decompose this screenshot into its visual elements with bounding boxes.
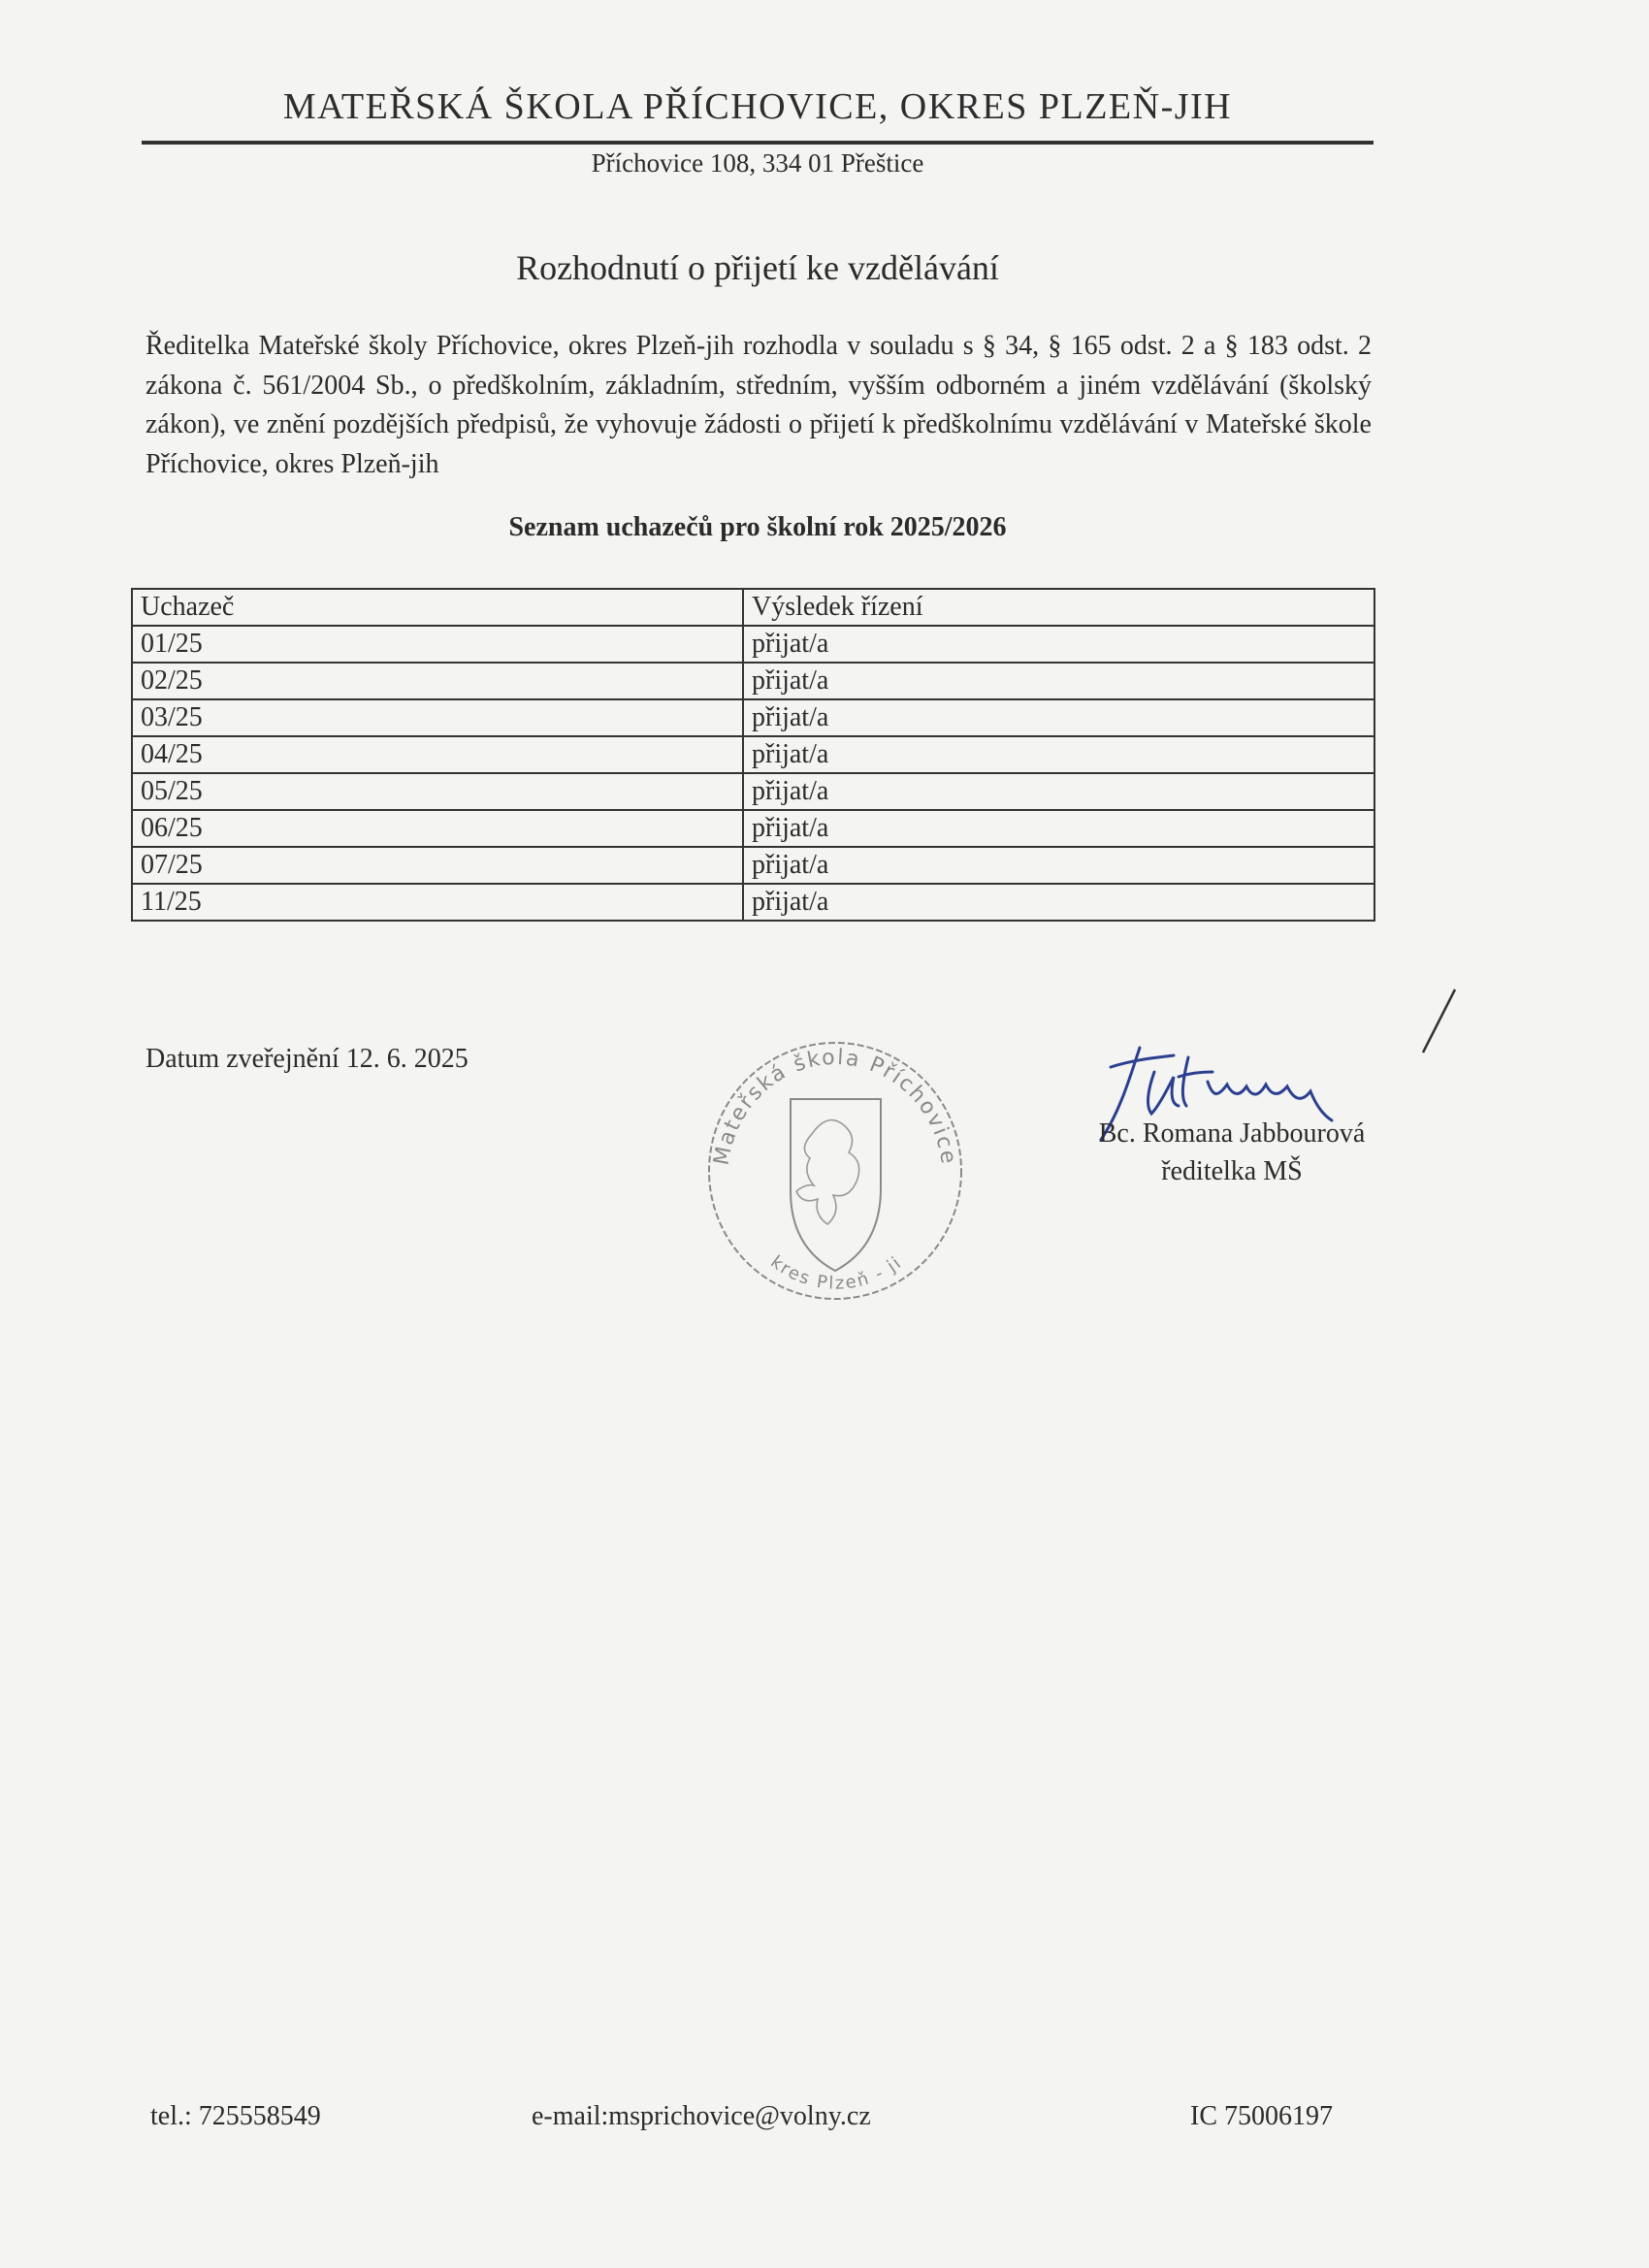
table-row: 06/25přijat/a bbox=[132, 810, 1374, 847]
result-cell: přijat/a bbox=[743, 699, 1374, 736]
result-cell: přijat/a bbox=[743, 626, 1374, 663]
applicant-id-cell: 11/25 bbox=[132, 884, 743, 921]
pen-mark-icon bbox=[1411, 985, 1470, 1072]
applicants-table-title: Seznam uchazečů pro školní rok 2025/2026 bbox=[142, 512, 1374, 543]
signer-role: ředitelka MŠ bbox=[1038, 1156, 1426, 1187]
signer-name: Bc. Romana Jabbourová bbox=[1038, 1118, 1426, 1150]
footer-email: e-mail:msprichovice@volny.cz bbox=[532, 2101, 871, 2132]
stamp-top-text: Mateřská škola Příchovice bbox=[710, 1046, 961, 1167]
table-row: 05/25přijat/a bbox=[132, 773, 1374, 810]
letterhead-title: MATEŘSKÁ ŠKOLA PŘÍCHOVICE, OKRES PLZEŇ-J… bbox=[142, 85, 1374, 128]
result-cell: přijat/a bbox=[743, 884, 1374, 921]
letterhead-address: Příchovice 108, 334 01 Přeštice bbox=[142, 148, 1374, 178]
table-row: 02/25přijat/a bbox=[132, 663, 1374, 699]
column-header-result: Výsledek řízení bbox=[743, 589, 1374, 626]
table-row: 11/25přijat/a bbox=[132, 884, 1374, 921]
applicant-id-cell: 01/25 bbox=[132, 626, 743, 663]
table-header-row: Uchazeč Výsledek řízení bbox=[132, 589, 1374, 626]
applicant-id-cell: 04/25 bbox=[132, 736, 743, 773]
result-cell: přijat/a bbox=[743, 773, 1374, 810]
result-cell: přijat/a bbox=[743, 736, 1374, 773]
result-cell: přijat/a bbox=[743, 847, 1374, 884]
applicant-id-cell: 07/25 bbox=[132, 847, 743, 884]
svg-text:Mateřská škola Příchovice: Mateřská škola Příchovice bbox=[710, 1046, 961, 1167]
applicant-id-cell: 06/25 bbox=[132, 810, 743, 847]
footer-phone: tel.: 725558549 bbox=[150, 2101, 321, 2132]
table-row: 01/25přijat/a bbox=[132, 626, 1374, 663]
column-header-applicant: Uchazeč bbox=[132, 589, 743, 626]
table-row: 07/25přijat/a bbox=[132, 847, 1374, 884]
applicant-id-cell: 02/25 bbox=[132, 663, 743, 699]
footer-company-id: IC 75006197 bbox=[1190, 2101, 1333, 2132]
applicant-id-cell: 03/25 bbox=[132, 699, 743, 736]
table-row: 03/25přijat/a bbox=[132, 699, 1374, 736]
applicants-table: Uchazeč Výsledek řízení 01/25přijat/a02/… bbox=[131, 588, 1375, 922]
decision-body-text: Ředitelka Mateřské školy Příchovice, okr… bbox=[145, 327, 1372, 484]
letterhead-rule bbox=[142, 141, 1374, 145]
applicant-id-cell: 05/25 bbox=[132, 773, 743, 810]
result-cell: přijat/a bbox=[743, 663, 1374, 699]
table-row: 04/25přijat/a bbox=[132, 736, 1374, 773]
publication-date: Datum zveřejnění 12. 6. 2025 bbox=[145, 1044, 469, 1075]
result-cell: přijat/a bbox=[743, 810, 1374, 847]
school-stamp-icon: Mateřská škola Příchovice okres Plzeň - … bbox=[698, 1033, 972, 1305]
document-title: Rozhodnutí o přijetí ke vzdělávání bbox=[142, 247, 1374, 288]
